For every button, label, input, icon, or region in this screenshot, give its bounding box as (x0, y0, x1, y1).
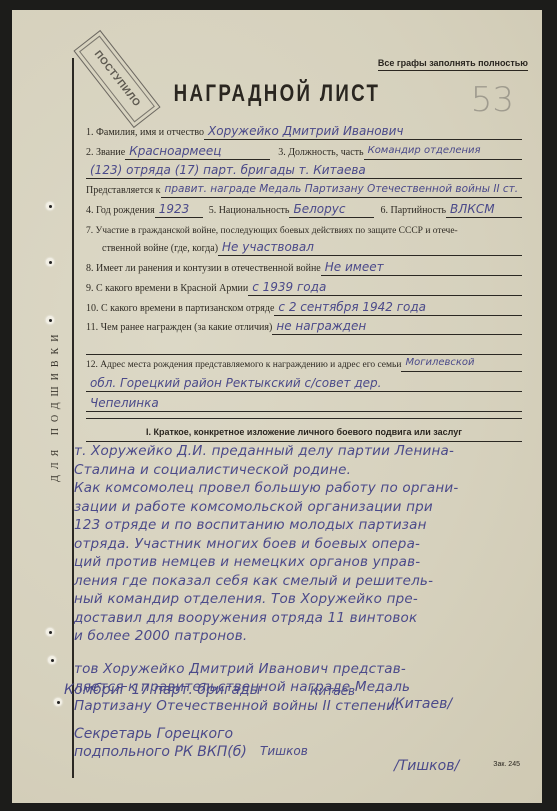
field-value-line: Чепелинка (86, 394, 522, 412)
field-value-line: Хоружейко Дмитрий Иванович (204, 122, 522, 140)
document-frame: ДЛЯ ПОДШИВКИ ПОСТУПИЛО Все графы заполня… (0, 0, 557, 811)
field-value-line: обл. Горецкий район Ректыкский с/совет д… (86, 374, 522, 392)
award-sheet: ДЛЯ ПОДШИВКИ ПОСТУПИЛО Все графы заполня… (12, 10, 542, 803)
war-participation-value: Не участвовал (222, 240, 314, 255)
section-heading: I. Краткое, конкретное изложение личного… (86, 427, 522, 437)
narrative-line: доставил для вооружения отряда 11 винтов… (74, 609, 524, 628)
field-label: 11. Чем ранее награжден (за какие отличи… (86, 322, 272, 335)
nationality-value: Белорус (293, 202, 345, 217)
narrative-line: ления где показал себя как смелый и реши… (74, 572, 524, 591)
field-label: 2. Звание (86, 147, 125, 160)
field-wounds: 8. Имеет ли ранения и контузии в отечест… (86, 258, 522, 276)
narrative-line: ный командир отделения. Тов Хоружейко пр… (74, 590, 524, 609)
binding-margin-label: ДЛЯ ПОДШИВКИ (50, 310, 70, 500)
punch-hole-icon (48, 656, 56, 664)
field-partisan-since: 10. С какого времени в партизанском отря… (86, 298, 522, 316)
punch-hole-icon (46, 202, 54, 210)
field-red-army-since: 9. С какого времени в Красной Армии с 19… (86, 278, 522, 296)
narrative-line: Сталина и социалистической родине. (74, 461, 524, 480)
partisan-since-value: с 2 сентября 1942 года (278, 300, 426, 315)
field-label: 9. С какого времени в Красной Армии (86, 283, 248, 296)
address-value-cont: обл. Горецкий район Ректыкский с/совет д… (90, 376, 381, 391)
punch-hole-icon (46, 628, 54, 636)
document-title: НАГРАДНОЙ ЛИСТ (70, 80, 483, 108)
merit-narrative: т. Хоружейко Д.И. преданный делу партии … (74, 442, 524, 715)
field-birth-nationality-party: 4. Год рождения 1923 5. Национальность Б… (86, 200, 522, 218)
punch-hole-icon (54, 698, 62, 706)
field-label: Представляется к (86, 185, 161, 198)
rank-value: Красноармеец (129, 144, 221, 159)
field-value-line: 1923 (155, 200, 203, 218)
award-value: правит. награде Медаль Партизану Отечест… (165, 182, 519, 197)
field-value-line: (123) отряда (17) парт. бригады т. Китае… (86, 161, 522, 179)
field-label: 1. Фамилия, имя и отчество (86, 127, 204, 140)
red-army-since-value: с 1939 года (252, 280, 326, 295)
narrative-line: 123 отряде и по воспитанию молодых парти… (74, 516, 524, 535)
field-value-line: Командир отделения (364, 142, 522, 160)
narrative-line: зации и работе комсомольской организации… (74, 498, 524, 517)
conclusion-line: Партизану Отечественной войны II степени… (74, 697, 524, 716)
field-value-line: с 2 сентября 1942 года (274, 298, 522, 316)
divider-line (86, 418, 522, 419)
field-label: ственной войне (где, когда) (102, 243, 218, 256)
print-order-number: Зак. 245 (493, 761, 520, 768)
unit-value: (123) отряда (17) парт. бригады т. Китае… (90, 163, 366, 178)
birth-year-value: 1923 (159, 202, 190, 217)
commander-name: /Китаев/ (390, 696, 452, 712)
field-full-name: 1. Фамилия, имя и отчество Хоружейко Дми… (86, 122, 522, 140)
address-value-cont2: Чепелинка (90, 396, 159, 411)
field-rank-position: 2. Звание Красноармеец 3. Должность, час… (86, 142, 522, 160)
secretary-title-2: подпольного РК ВКП(б) (74, 744, 247, 760)
commander-signature: Китаев (310, 684, 355, 698)
field-label: 4. Год рождения (86, 205, 155, 218)
narrative-line: ций против немцев и немецких органов упр… (74, 553, 524, 572)
field-label: 5. Национальность (209, 205, 290, 218)
field-label: 3. Должность, часть (278, 147, 363, 160)
field-value-line: Не имеет (321, 258, 522, 276)
fill-instruction: Все графы заполнять полностью (378, 58, 528, 71)
field-label: 8. Имеет ли ранения и контузии в отечест… (86, 263, 321, 276)
field-address-cont2: Чепелинка (86, 394, 522, 412)
field-label: 12. Адрес места рождения представляемого… (86, 360, 401, 372)
narrative-line: отряда. Участник многих боев и боевых оп… (74, 535, 524, 554)
field-label: 10. С какого времени в партизанском отря… (86, 303, 274, 316)
position-value: Командир отделения (368, 144, 481, 159)
field-label: 6. Партийность (380, 205, 446, 218)
field-war-participation: 7. Участие в гражданской войне, последую… (86, 220, 518, 238)
full-name-value: Хоружейко Дмитрий Иванович (208, 124, 403, 139)
conclusion-line: тов Хоружейко Дмитрий Иванович представ- (74, 660, 524, 679)
narrative-line: т. Хоружейко Д.И. преданный делу партии … (74, 442, 524, 461)
secretary-signature: Тишков (260, 744, 308, 758)
field-address: 12. Адрес места рождения представляемого… (86, 354, 522, 372)
received-stamp: ПОСТУПИЛО (73, 30, 160, 128)
commander-title: Комбриг 17 парт. бригады (64, 682, 261, 698)
field-value-line: правит. награде Медаль Партизану Отечест… (161, 180, 523, 198)
field-value-line: Красноармеец (125, 142, 270, 160)
narrative-line: и более 2000 патронов. (74, 627, 524, 646)
secretary-name: /Тишков/ (394, 758, 459, 774)
address-value: Могилевской (405, 356, 474, 371)
field-address-cont: обл. Горецкий район Ректыкский с/совет д… (86, 374, 522, 392)
field-previous-awards: 11. Чем ранее награжден (за какие отличи… (86, 317, 522, 335)
field-label: 7. Участие в гражданской войне, последую… (86, 226, 458, 238)
previous-awards-value: не награжден (276, 319, 366, 334)
wounds-value: Не имеет (325, 260, 384, 275)
field-position-cont: (123) отряда (17) парт. бригады т. Китае… (86, 161, 522, 179)
field-value-line: Могилевской (401, 354, 522, 372)
punch-hole-icon (46, 316, 54, 324)
punch-hole-icon (46, 258, 54, 266)
field-value-line: Не участвовал (218, 238, 522, 256)
secretary-title-1: Секретарь Горецкого (74, 726, 233, 742)
field-value-line: Белорус (289, 200, 374, 218)
narrative-line: Как комсомолец провел большую работу по … (74, 479, 524, 498)
field-value-line: ВЛКСМ (446, 200, 522, 218)
party-value: ВЛКСМ (450, 202, 495, 217)
field-war-participation-cont: ственной войне (где, когда) Не участвова… (102, 238, 522, 256)
field-value-line: не награжден (272, 317, 522, 335)
field-value-line: с 1939 года (248, 278, 522, 296)
field-presented-to: Представляется к правит. награде Медаль … (86, 180, 522, 198)
